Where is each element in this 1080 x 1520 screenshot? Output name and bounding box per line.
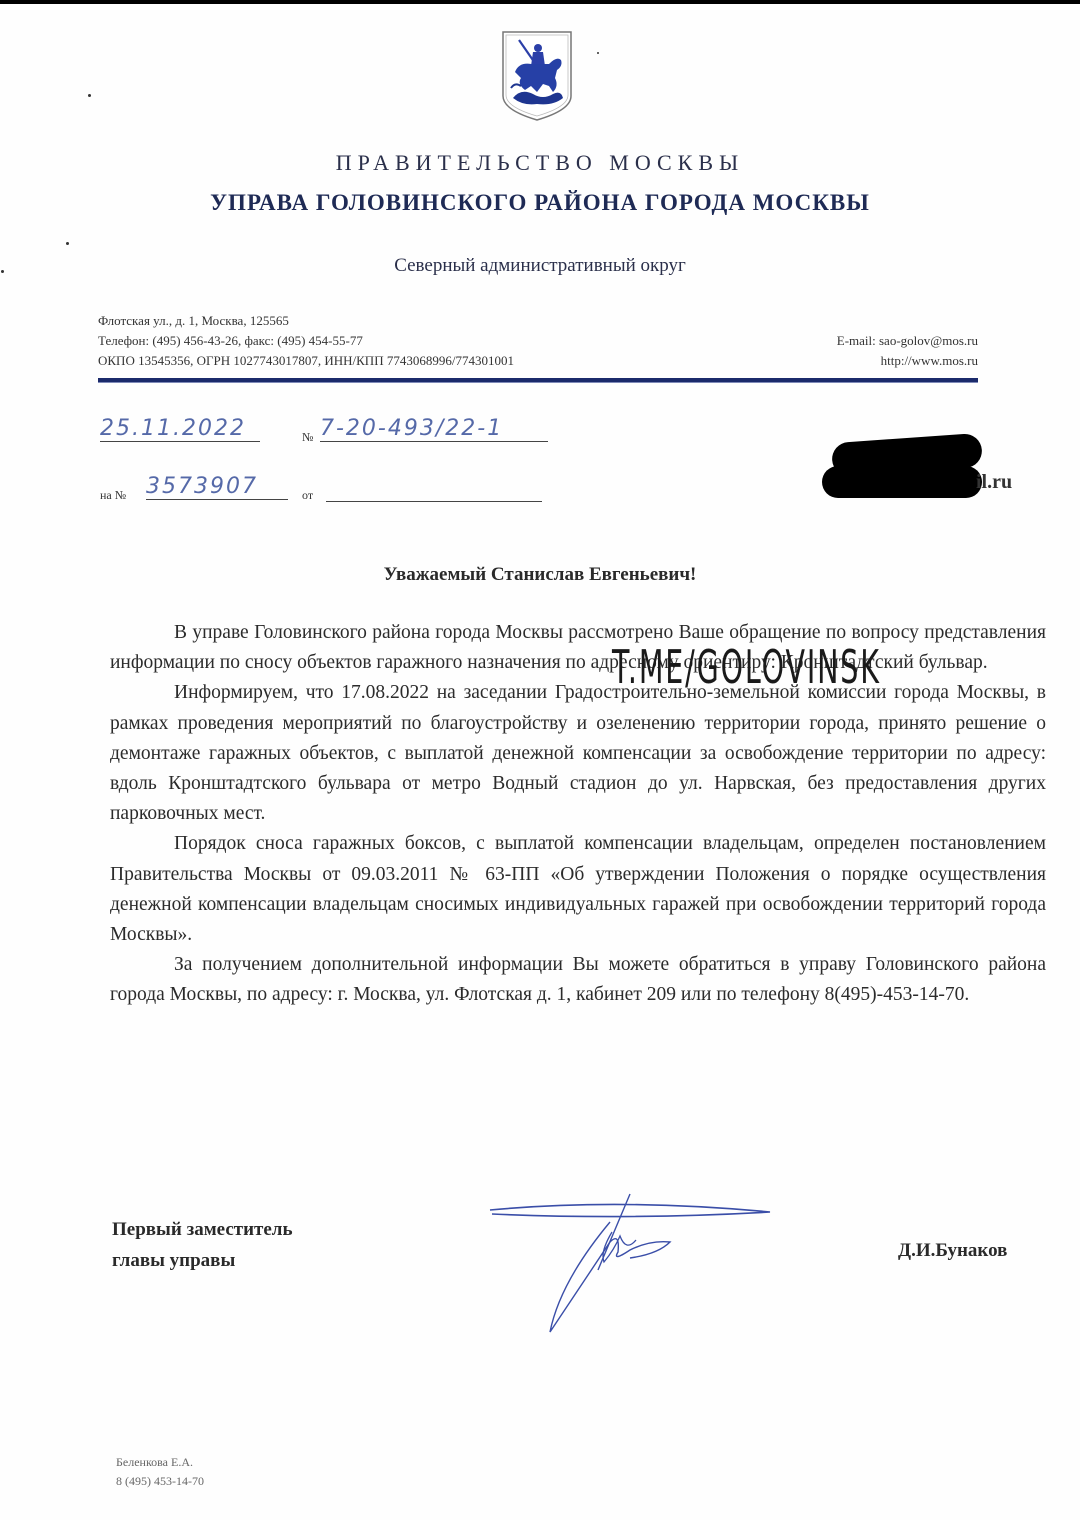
letter-date-field: 25.11.2022 — [100, 416, 260, 442]
watermark: T.ME/GOLOVINSK — [612, 644, 881, 690]
signatory-name: Д.И.Бунаков — [898, 1240, 1007, 1262]
phone-fax: Телефон: (495) 456-43-26, факс: (495) 45… — [98, 331, 514, 351]
contacts-left: Флотская ул., д. 1, Москва, 125565 Телеф… — [98, 311, 514, 371]
moscow-coat-of-arms-icon — [497, 26, 577, 124]
executor-info: Беленкова Е.А. 8 (495) 453-14-70 — [116, 1453, 204, 1491]
scan-speck — [1, 270, 4, 273]
district-title: Северный административный округ — [0, 255, 1080, 277]
signatory-title-line2: главы управы — [112, 1245, 293, 1276]
body-paragraph: За получением дополнительной информации … — [110, 950, 1046, 1010]
executor-name: Беленкова Е.А. — [116, 1453, 204, 1472]
organization-title: УПРАВА ГОЛОВИНСКОГО РАЙОНА ГОРОДА МОСКВЫ — [0, 190, 1080, 216]
body-paragraph: Порядок сноса гаражных боксов, с выплато… — [110, 829, 1046, 950]
contacts-right: E-mail: sao-golov@mos.ru http://www.mos.… — [837, 331, 978, 371]
scan-speck — [597, 52, 599, 54]
body-paragraph: В управе Головинского района города Моск… — [110, 618, 1046, 678]
address: Флотская ул., д. 1, Москва, 125565 — [98, 311, 514, 331]
body-paragraph: Информируем, что 17.08.2022 на заседании… — [110, 678, 1046, 829]
scan-speck — [88, 94, 91, 97]
letter-page: ПРАВИТЕЛЬСТВО МОСКВЫ УПРАВА ГОЛОВИНСКОГО… — [0, 4, 1080, 1520]
handwritten-signature-icon — [480, 1192, 780, 1342]
reply-to-label: на № — [100, 488, 126, 503]
signatory-title: Первый заместитель главы управы — [112, 1214, 293, 1276]
recipient-email-suffix: il.ru — [976, 471, 1012, 494]
salutation: Уважаемый Станислав Евгеньевич! — [0, 564, 1080, 586]
email: E-mail: sao-golov@mos.ru — [837, 331, 978, 351]
letter-body: В управе Головинского района города Моск… — [110, 618, 1046, 1011]
letter-number-field: 7-20-493/22-1 — [320, 416, 548, 442]
registry-codes: ОКПО 13545356, ОГРН 1027743017807, ИНН/К… — [98, 351, 514, 371]
letter-number: 7-20-493/22-1 — [320, 416, 548, 442]
from-label: от — [302, 488, 313, 503]
reply-to-field: 3573907 — [146, 474, 288, 500]
letterhead-divider — [98, 378, 978, 383]
from-date-blank — [326, 501, 542, 502]
government-title: ПРАВИТЕЛЬСТВО МОСКВЫ — [0, 150, 1080, 176]
letter-date: 25.11.2022 — [100, 416, 260, 442]
number-label: № — [302, 430, 313, 445]
scan-speck — [66, 242, 69, 245]
recipient-redaction — [822, 436, 982, 500]
executor-phone: 8 (495) 453-14-70 — [116, 1472, 204, 1491]
reply-to-number: 3573907 — [146, 474, 288, 500]
website: http://www.mos.ru — [837, 351, 978, 371]
signatory-title-line1: Первый заместитель — [112, 1214, 293, 1245]
redaction-mark — [822, 466, 982, 498]
